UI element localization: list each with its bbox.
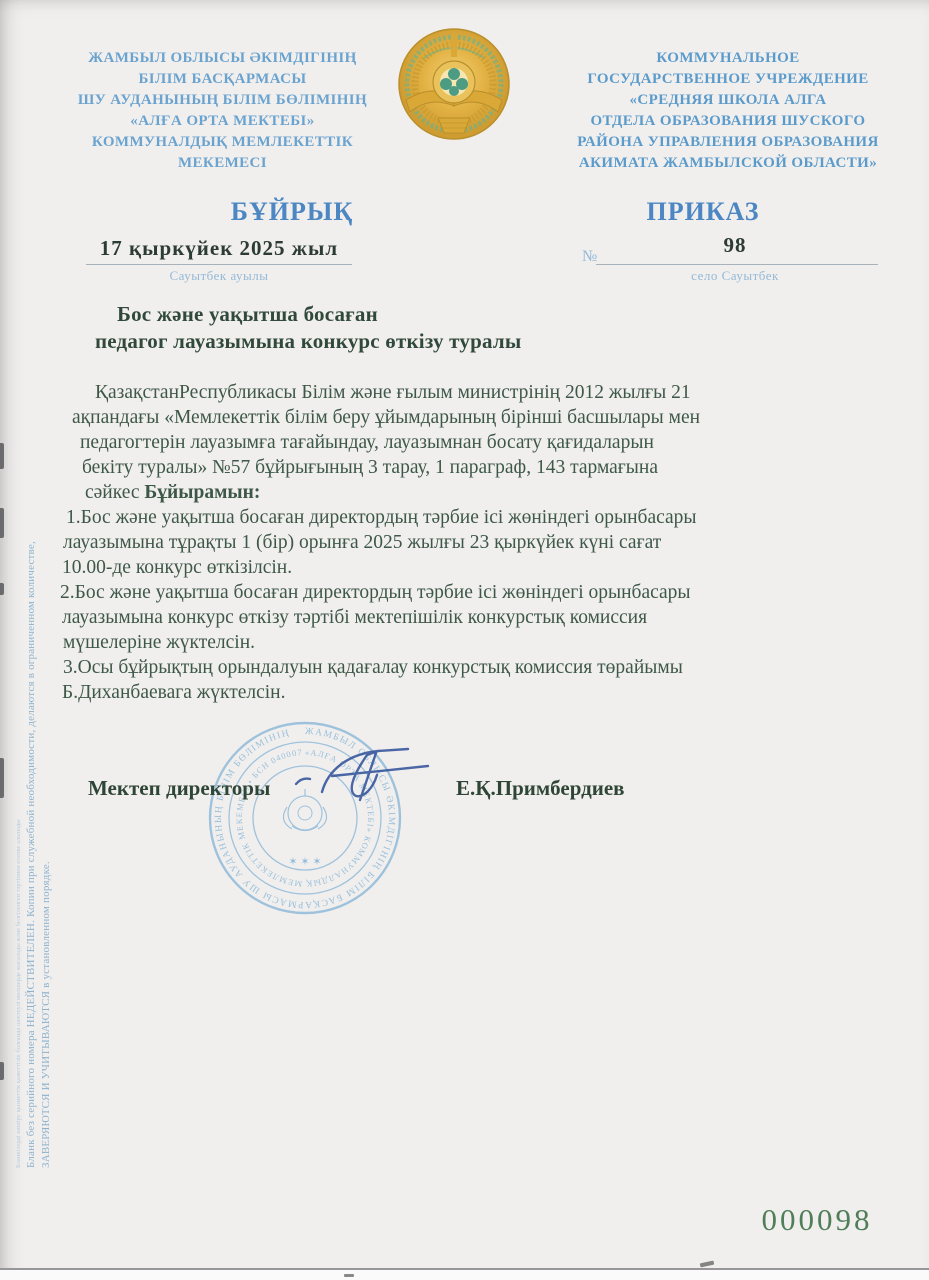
body-line: педагогтерін лауазымға тағайындау, лауаз… [58, 430, 878, 455]
org-line: КОММУНАЛЬНОЕ [548, 48, 908, 69]
title-russian: ПРИКАЗ [573, 197, 833, 227]
date-place: Сауытбек ауылы [88, 268, 350, 284]
handwritten-signature [288, 740, 458, 815]
signer-role: Мектеп директоры [88, 776, 270, 801]
scan-speck [344, 1274, 354, 1277]
order-body: ҚазақстанРеспубликасы Білім және ғылым м… [58, 380, 878, 705]
org-line: ШУ АУДАНЫНЫҢ БІЛІМ БӨЛІМІНІҢ [55, 90, 390, 111]
body-item: 2.Бос және уақытша босаған директордың т… [58, 580, 878, 605]
order-number: 98 [600, 233, 870, 258]
org-line: МЕКЕМЕСІ [55, 153, 390, 174]
body-item: 3.Осы бұйрықтың орындалуын қадағалау кон… [58, 655, 878, 680]
scanned-order-document: ЖАМБЫЛ ОБЛЫСЫ ӘКІМДІГІНІҢ БІЛІМ БАСҚАРМА… [0, 0, 929, 1280]
number-sign: № [582, 248, 597, 266]
body-item: Б.Диханбаевага жүктелсін. [58, 680, 878, 705]
org-line: ЖАМБЫЛ ОБЛЫСЫ ӘКІМДІГІНІҢ [55, 48, 390, 69]
org-line: «СРЕДНЯЯ ШКОЛА АЛГА [548, 90, 908, 111]
resolve-word: Бұйырамын: [144, 482, 260, 503]
org-name-russian: КОММУНАЛЬНОЕ ГОСУДАРСТВЕННОЕ УЧРЕЖДЕНИЕ … [548, 48, 908, 174]
margin-note-russian-1: Бланк без серийного номера НЕДЕЙСТВИТЕЛЕ… [24, 428, 39, 1168]
body-line: ақпандағы «Мемлекеттік білім беру ұйымда… [58, 405, 878, 430]
date-underline [86, 264, 352, 265]
body-item: 10.00-де конкурс өткізілсін. [58, 555, 878, 580]
org-name-kazakh: ЖАМБЫЛ ОБЛЫСЫ ӘКІМДІГІНІҢ БІЛІМ БАСҚАРМА… [55, 48, 390, 174]
org-line: БІЛІМ БАСҚАРМАСЫ [55, 69, 390, 90]
org-line: ОТДЕЛА ОБРАЗОВАНИЯ ШУСКОГО [548, 111, 908, 132]
scan-artifact [0, 1062, 4, 1080]
margin-note-russian-2: ЗАВЕРЯЮТСЯ И УЧИТЫВАЮТСЯ в установленном… [39, 428, 54, 1168]
org-line: ГОСУДАРСТВЕННОЕ УЧРЕЖДЕНИЕ [548, 69, 908, 90]
scan-artifact [0, 583, 4, 595]
stamp-stars: ✶ ✶ ✶ [288, 856, 321, 868]
org-line: АКИМАТА ЖАМБЫЛСКОЙ ОБЛАСТИ» [548, 153, 908, 174]
title-kazakh: БҰЙРЫҚ [162, 197, 422, 227]
number-place: село Сауытбек [600, 268, 870, 284]
blank-serial-number: 000098 [732, 1202, 902, 1238]
body-item: мүшелеріне жүктелсін. [58, 630, 878, 655]
subject-line-1: Бос және уақытша босаған [117, 302, 378, 327]
signer-name: Е.Қ.Примбердиев [456, 776, 624, 801]
number-underline [596, 264, 878, 265]
body-line: ҚазақстанРеспубликасы Білім және ғылым м… [58, 380, 878, 405]
scan-background-strip [0, 1270, 929, 1280]
resolve-prefix: сәйкес [85, 482, 144, 503]
org-line: КОММУНАЛДЫҚ МЕМЛЕКЕТТІК [55, 132, 390, 153]
scan-artifact [0, 443, 4, 469]
order-date: 17 қыркүйек 2025 жыл [88, 236, 350, 261]
body-item: лауазымына конкурс өткізу тәртібі мектеп… [58, 605, 878, 630]
scan-artifact [0, 758, 4, 798]
body-line-resolve: сәйкес Бұйырамын: [58, 480, 878, 505]
kazakhstan-emblem-icon [394, 26, 514, 146]
scan-speck [700, 1261, 715, 1268]
scan-artifact [0, 508, 4, 538]
subject-line-2: педагог лауазымына конкурс өткізу туралы [95, 329, 521, 354]
body-item: лауазымына тұрақты 1 (бір) орынға 2025 ж… [58, 530, 878, 555]
org-line: РАЙОНА УПРАВЛЕНИЯ ОБРАЗОВАНИЯ [548, 132, 908, 153]
body-item: 1.Бос және уақытша босаған директордың т… [58, 505, 878, 530]
body-line: бекіту туралы» №57 бұйрығының 3 тарау, 1… [58, 455, 878, 480]
margin-note: Бланкілерді көшіру қызметтік қажеттілік … [14, 428, 54, 1168]
org-line: «АЛҒА ОРТА МЕКТЕБІ» [55, 111, 390, 132]
margin-note-kazakh: Бланкілерді көшіру қызметтік қажеттілік … [14, 428, 24, 1168]
